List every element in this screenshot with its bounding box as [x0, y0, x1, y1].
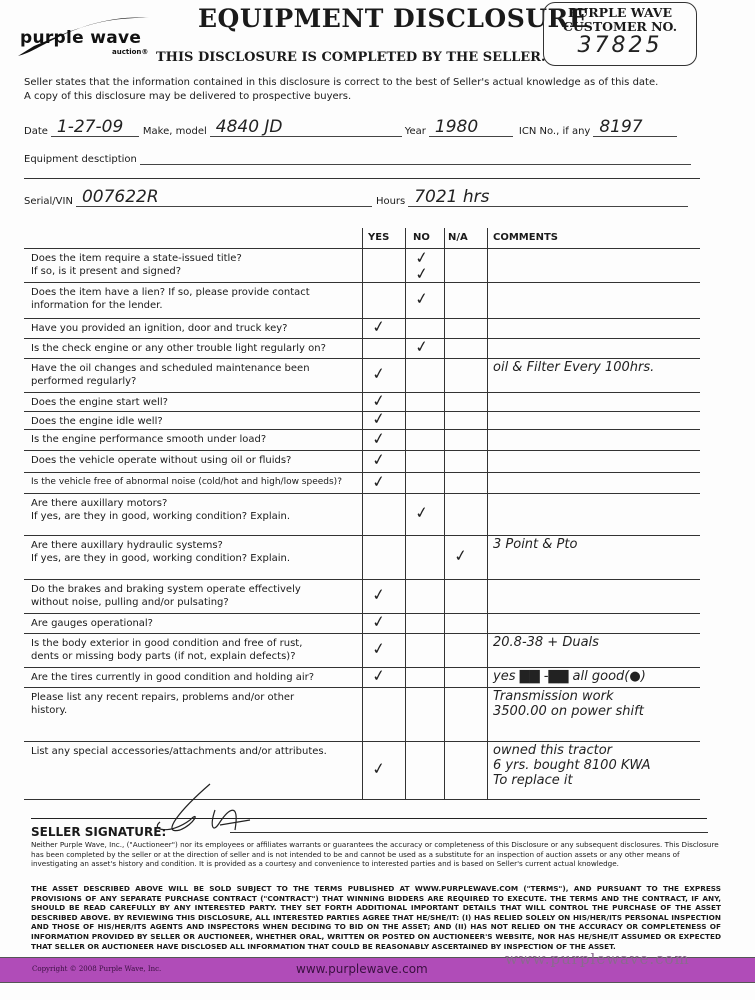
question-line-1: Have you provided an ignition, door and … — [31, 322, 287, 335]
intro-line-1: Seller states that the information conta… — [24, 76, 734, 90]
question-line-1: Are gauges operational? — [31, 617, 153, 630]
question-line-2: If yes, are they in good, working condit… — [31, 552, 290, 565]
fields-row-2: Equipment desctiption — [24, 148, 691, 165]
question-line-2: without noise, pulling and/or pulsating? — [31, 596, 229, 609]
intro-line-2: A copy of this disclosure may be deliver… — [24, 90, 734, 104]
footer-bar: Copyright © 2008 Purple Wave, Inc. www.p… — [0, 957, 755, 983]
comment-text[interactable]: 6 yrs. bought 8100 KWA — [493, 758, 651, 773]
fields-row-1: Date 1-27-09 Make, model 4840 JD Year 19… — [24, 120, 677, 137]
question-line-1: Are there auxillary hydraulic systems? — [31, 539, 223, 552]
question-line-2: If so, is it present and signed? — [31, 265, 181, 278]
serial-label: Serial/VIN — [24, 196, 73, 207]
customer-number-value: 37825 — [544, 34, 696, 58]
question-line-1: Are the tires currently in good conditio… — [31, 671, 314, 684]
question-line-1: Does the engine idle well? — [31, 415, 163, 428]
make-model-field[interactable]: 4840 JD — [210, 120, 402, 137]
question-line-1: Is the vehicle free of abnormal noise (c… — [31, 476, 342, 489]
page-subtitle: THIS DISCLOSURE IS COMPLETED BY THE SELL… — [156, 50, 546, 65]
customer-box-label-1: PURPLE WAVE — [544, 6, 696, 20]
question-line-1: Have the oil changes and scheduled maint… — [31, 362, 310, 375]
signature-scribble-icon — [140, 780, 260, 840]
col-comments-header: COMMENTS — [493, 232, 558, 243]
description-line-2 — [24, 178, 700, 179]
question-line-1: Does the item require a state-issued tit… — [31, 252, 242, 265]
disclaimer-paragraph: Neither Purple Wave, Inc., ("Auctioneer"… — [31, 840, 721, 869]
signature-line — [31, 818, 707, 819]
question-line-1: Is the engine performance smooth under l… — [31, 433, 266, 446]
icn-label: ICN No., if any — [519, 126, 590, 137]
checkmark-icon: ✓ — [371, 665, 387, 686]
comment-text[interactable]: 3500.00 on power shift — [493, 704, 644, 719]
make-value: 4840 JD — [216, 117, 283, 137]
question-line-1: Is the body exterior in good condition a… — [31, 637, 302, 650]
fields-row-3: Serial/VIN 007622R Hours 7021 hrs — [24, 190, 688, 207]
serial-field[interactable]: 007622R — [76, 190, 372, 207]
question-line-2: history. — [31, 704, 67, 717]
checkmark-icon: ✓ — [371, 471, 387, 492]
question-line-1: Does the engine start well? — [31, 396, 168, 409]
comment-text[interactable]: owned this tractor — [493, 743, 612, 758]
hours-value: 7021 hrs — [414, 187, 489, 207]
year-field[interactable]: 1980 — [429, 120, 513, 137]
checkmark-icon: ✓ — [371, 584, 387, 605]
question-line-1: Is the check engine or any other trouble… — [31, 342, 326, 355]
col-no-header: NO — [413, 232, 430, 243]
description-field[interactable] — [140, 148, 691, 165]
checkmark-icon: ✓ — [414, 288, 430, 309]
checkmark-icon: ✓ — [371, 316, 387, 337]
question-line-1: Please list any recent repairs, problems… — [31, 691, 294, 704]
footer-url-link[interactable]: www.purplewave.com — [296, 962, 428, 976]
checkmark-icon: ✓ — [371, 611, 387, 632]
comment-text[interactable]: Transmission work — [493, 689, 613, 704]
intro-text: Seller states that the information conta… — [24, 76, 734, 104]
date-field[interactable]: 1-27-09 — [51, 120, 139, 137]
checkmark-icon: ✓ — [371, 638, 387, 659]
comment-text[interactable]: 20.8-38 + Duals — [493, 635, 599, 650]
question-line-2: information for the lender. — [31, 299, 163, 312]
question-line-1: Does the vehicle operate without using o… — [31, 454, 291, 467]
logo-subtext: auction® — [112, 48, 148, 56]
footer-url-watermark: www.purplewave.com — [505, 950, 690, 968]
checkmark-icon: ✓ — [371, 363, 387, 384]
checkmark-icon: ✓ — [371, 758, 387, 779]
terms-paragraph: THE ASSET DESCRIBED ABOVE WILL BE SOLD S… — [31, 884, 721, 951]
date-label: Date — [24, 126, 48, 137]
customer-box-label-2: CUSTOMER NO. — [544, 20, 696, 34]
checkmark-icon: ✓ — [371, 390, 387, 411]
question-line-1: Are there auxillary motors? — [31, 497, 167, 510]
checkmark-icon: ✓ — [453, 545, 469, 566]
col-yes-header: YES — [368, 232, 389, 243]
question-line-2: performed regularly? — [31, 375, 136, 388]
make-label: Make, model — [143, 126, 207, 137]
checkmark-icon: ✓ — [371, 449, 387, 470]
checkmark-icon: ✓ — [371, 428, 387, 449]
icn-value: 8197 — [599, 117, 642, 137]
question-line-2: dents or missing body parts (if not, exp… — [31, 650, 296, 663]
signature-underline — [230, 832, 708, 833]
question-line-1: List any special accessories/attachments… — [31, 745, 327, 758]
comment-text[interactable]: To replace it — [493, 773, 573, 788]
checkmark-icon: ✓ — [414, 502, 430, 523]
table-row-divider — [24, 799, 700, 800]
page-title: EQUIPMENT DISCLOSURE — [198, 4, 588, 33]
year-label: Year — [405, 126, 426, 137]
checkmark-icon: ✓ — [414, 336, 430, 357]
question-line-1: Do the brakes and braking system operate… — [31, 583, 301, 596]
description-label: Equipment desctiption — [24, 154, 137, 165]
col-na-header: N/A — [448, 232, 468, 243]
checkmark-icon: ✓ — [414, 263, 430, 284]
comment-text[interactable]: yes ▇▇ -▇▇ all good(●) — [493, 669, 646, 684]
hours-label: Hours — [376, 196, 405, 207]
question-line-2: If yes, are they in good, working condit… — [31, 510, 290, 523]
purple-wave-logo: purple wave auction® — [14, 6, 154, 62]
checkmark-icon: ✓ — [371, 408, 387, 429]
copyright-text: Copyright © 2008 Purple Wave, Inc. — [32, 965, 161, 973]
year-value: 1980 — [435, 117, 478, 137]
customer-number-box: PURPLE WAVE CUSTOMER NO. 37825 — [543, 2, 697, 66]
logo-text: purple wave — [20, 28, 141, 48]
serial-value: 007622R — [82, 187, 159, 207]
comment-text[interactable]: 3 Point & Pto — [493, 537, 577, 552]
icn-field[interactable]: 8197 — [593, 120, 677, 137]
comment-text[interactable]: oil & Filter Every 100hrs. — [493, 360, 654, 375]
hours-field[interactable]: 7021 hrs — [408, 190, 688, 207]
question-line-1: Does the item have a lien? If so, please… — [31, 286, 310, 299]
date-value: 1-27-09 — [57, 117, 123, 137]
